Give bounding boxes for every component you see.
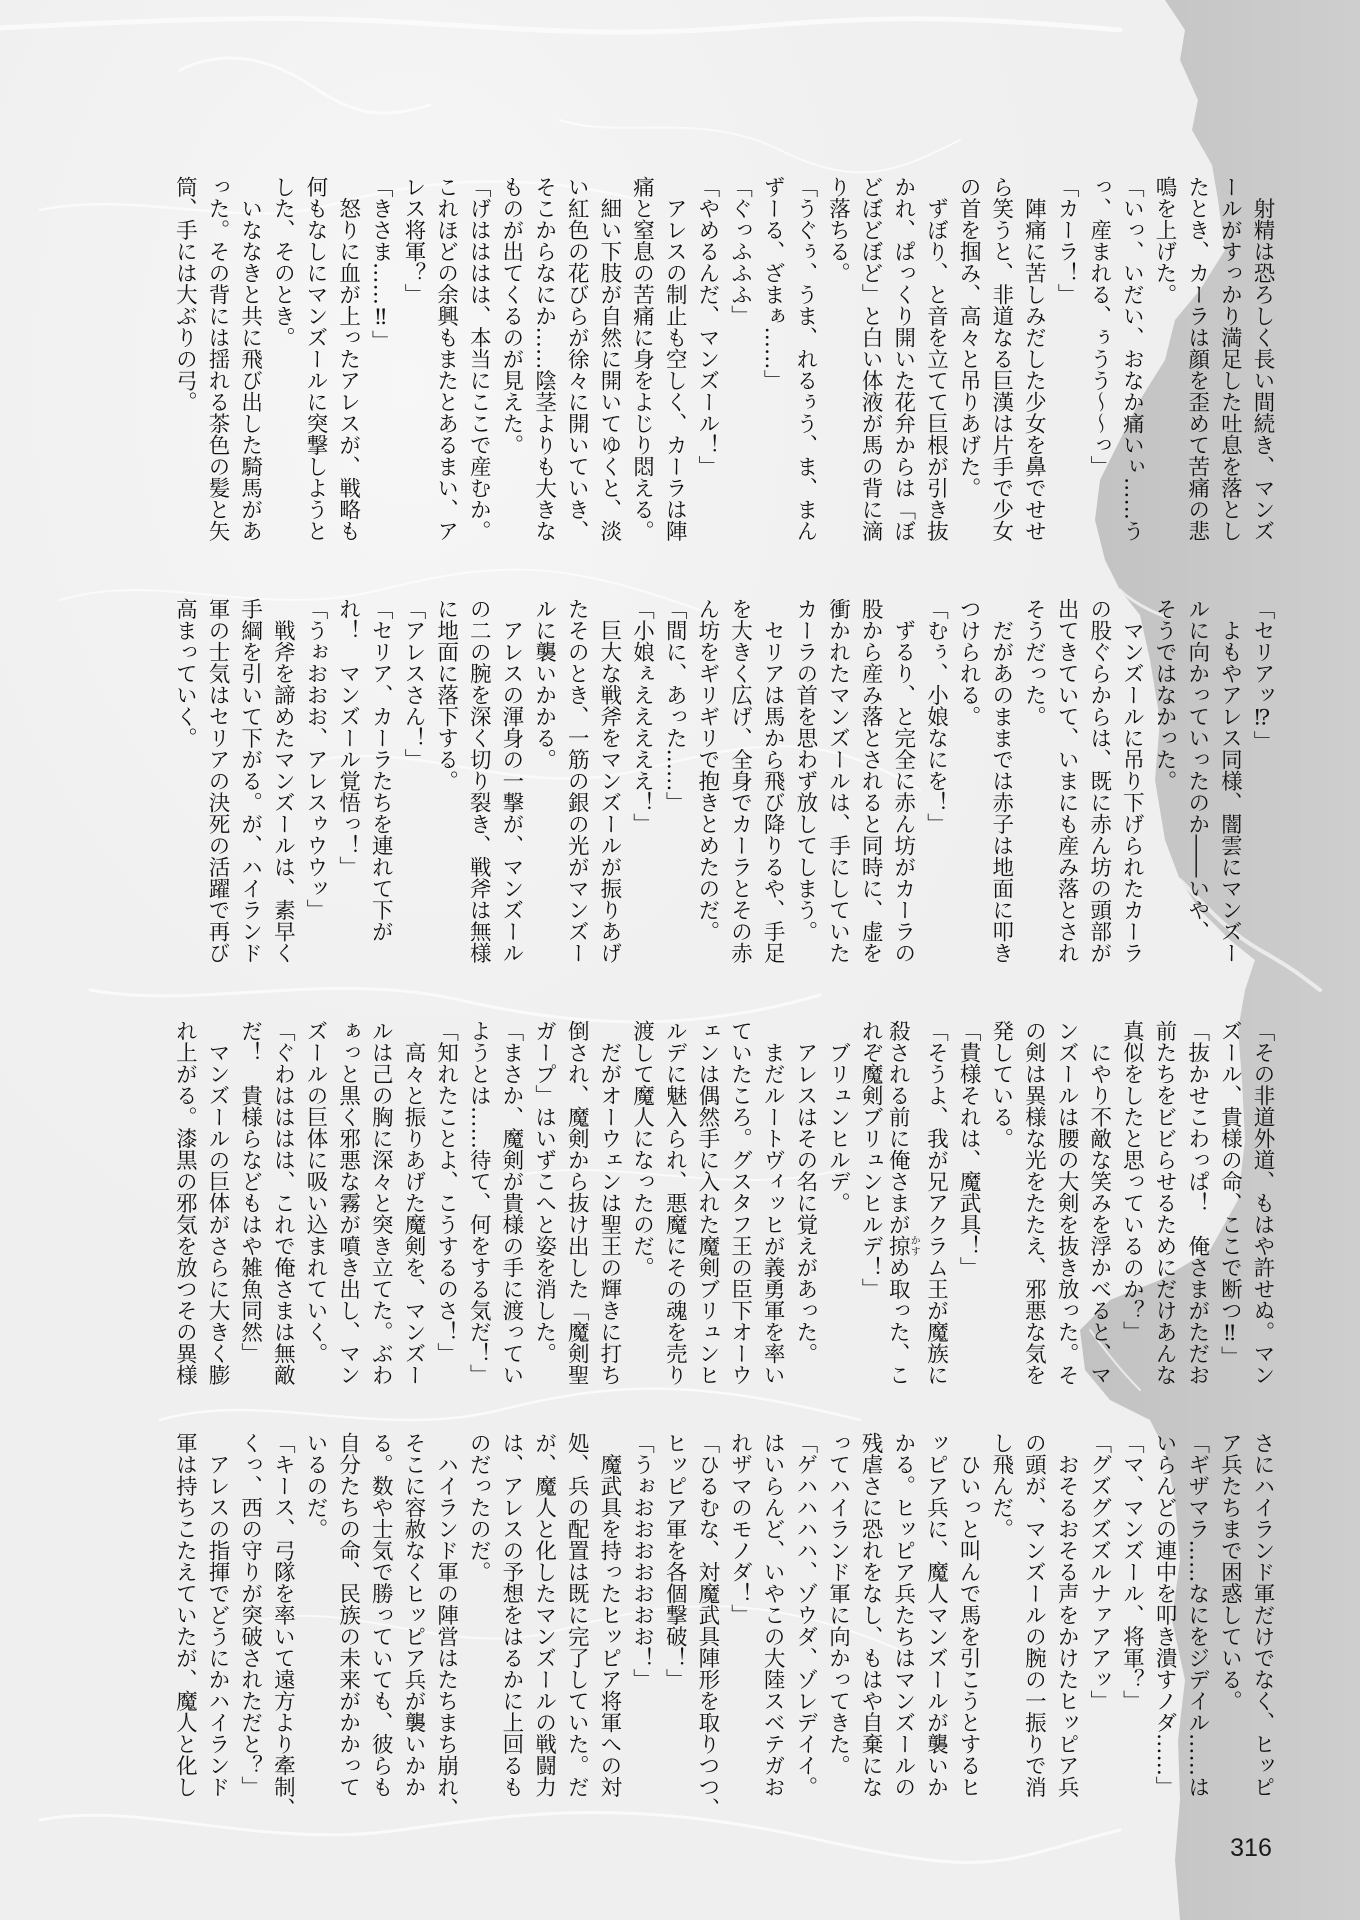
text-column: 発している。 [984,1020,1017,1386]
text-column: ん坊をギリギリで抱きとめたのだ。 [690,598,723,964]
text-column: そうだった。 [1017,598,1050,964]
text-column: ってハイランド軍に向かってきた。 [821,1432,854,1798]
text-column: アレスの渾身の一撃が、マンズール [494,598,527,964]
text-column: 「むぅ、小娘なにを！」 [919,598,952,964]
text-column: は、アレスの予想をはるかに上回るも [494,1432,527,1798]
text-tier-2: 「セリアッ⁉」 よもやアレス同様、闇雲にマンズールに向かっていったのか――いや、… [167,598,1278,964]
text-column: ハイランド軍の陣営はたちまち崩れ、 [429,1432,462,1798]
text-column: った。その背には揺れる茶色の髪と矢 [200,176,233,542]
text-column: ルは己の胸に深々と突き立てた。ぶわ [364,1020,397,1386]
text-column: かる。ヒッピア兵たちはマンズールの [886,1432,919,1798]
text-column: いらんどの連中を叩き潰すノダ……」 [1147,1432,1180,1798]
text-column: ようとは……待て、何をする気だ！」 [462,1020,495,1386]
text-column: 「そうよ、我が兄アクラム王が魔族に [919,1020,952,1386]
text-column: 「抜かせこわっぱ！ 俺さまがただお [1180,1020,1213,1386]
text-segment: 殺される前に俺さまが [885,1020,910,1235]
text-column: 高々と振りあげた魔剣を、マンズー [396,1020,429,1386]
text-column: だ！ 貴様らなどもはや雑魚同然」 [233,1020,266,1386]
text-column: ンズールは腰の大剣を抜き放った。そ [1049,1020,1082,1386]
text-column: 射精は恐ろしく長い間続き、マンズ [1245,176,1278,542]
text-column: 「まさか、魔剣が貴様の手に渡ってい [494,1020,527,1386]
text-column: アレスはその名に覚えがあった。 [788,1020,821,1386]
text-column: り落ちる。 [821,176,854,542]
text-column: ア兵たちまで困惑している。 [1213,1432,1246,1798]
text-column: 「セリアッ⁉」 [1245,598,1278,964]
text-column: 「うぉおおお、アレスゥウウッ」 [298,598,331,964]
furigana: 掠かす [885,1235,910,1257]
text-column: たとき、カーラは顔を歪めて苦痛の悲 [1180,176,1213,542]
text-column: たそのとき、一筋の銀の光がマンズー [560,598,593,964]
text-column: 「カーラ！」 [1049,176,1082,542]
text-column: ズール、貴様の命、ここで断つ‼」 [1213,1020,1246,1386]
page-number: 316 [1226,1836,1276,1861]
text-column: ひいっと叫んで馬を引こうとするヒ [951,1432,984,1798]
text-column: そうではなかった。 [1147,598,1180,964]
text-tier-1: 射精は恐ろしく長い間続き、マンズールがすっかり満足した吐息を落としたとき、カーラ… [167,176,1278,542]
text-tier-4: さにハイランド軍だけでなく、ヒッピア兵たちまで困惑している。「ギザマラ……なにを… [167,1432,1278,1798]
text-column: した、そのとき。 [266,176,299,542]
text-column: おそるおそる声をかけたヒッピア兵 [1049,1432,1082,1798]
text-column: 高まっていく。 [168,598,201,964]
text-column: 「セリア、カーラたちを連れて下が [364,598,397,964]
text-column: 「いっ、いだい、おなか痛いぃ……う [1115,176,1148,542]
text-column: れ上がる。漆黒の邪気を放つその異様 [168,1020,201,1386]
text-column: どぼどぼど」と白い体液が馬の背に滴 [853,176,886,542]
text-column: 「うぐぅ、うま、れるぅう、ま、まん [788,176,821,542]
text-column: いななきと共に飛び出した騎馬があ [233,176,266,542]
text-column: い紅色の花びらが徐々に開いていき、 [560,176,593,542]
text-column: のだったのだ。 [462,1432,495,1798]
text-column: これほどの余興もまたとあるまい、ア [429,176,462,542]
text-column: 「グズグズズルナァアアッ」 [1082,1432,1115,1798]
text-column: よもやアレス同様、闇雲にマンズー [1213,598,1246,964]
text-column: 残虐さに恐れをなし、もはや自棄にな [853,1432,886,1798]
text-column: 「ぐわはははは、これで俺さまは無敵 [266,1020,299,1386]
text-column: だがオーウェンは聖王の輝きに打ち [592,1020,625,1386]
text-column: ものが出てくるのが見えた。 [494,176,527,542]
text-column: いるのだ。 [298,1432,331,1798]
text-column: そこからなにか……陰茎よりも大きな [527,176,560,542]
text-column: 「げはははは、本当にここで産むか。 [462,176,495,542]
text-column: 「その非道外道、もはや許せぬ。マン [1245,1020,1278,1386]
text-column: 軍は持ちこたえていたが、魔人と化し [168,1432,201,1798]
text-column: 倒され、魔剣から抜け出した「魔剣聖 [560,1020,593,1386]
text-column: の頭が、マンズールの腕の一振りで消 [1017,1432,1050,1798]
text-column: まだルートヴィッヒが義勇軍を率い [756,1020,789,1386]
text-column: 「ひるむな、対魔武具陣形を取りつつ、 [690,1432,723,1798]
text-column: 「小娘ぇえええええ！」 [625,598,658,964]
text-column: 「キース、弓隊を率いて遠方より牽制、 [266,1432,299,1798]
text-tier-3: 「その非道外道、もはや許せぬ。マンズール、貴様の命、ここで断つ‼」「抜かせこわっ… [167,1020,1278,1386]
text-column: ガープ」はいずこへと姿を消した。 [527,1020,560,1386]
text-column: 股から産み落とされると同時に、虚を [853,598,886,964]
text-column: ずーる、ざまぁ……」 [756,176,789,542]
text-column: ェンは偶然手に入れた魔剣ブリュンヒ [690,1020,723,1386]
text-column: が、魔人と化したマンズールの戦闘力 [527,1432,560,1798]
text-column: 「ゲハハハハ、ゾウダ、ゾレデイイ。 [788,1432,821,1798]
text-column: ズールの巨体に吸い込まれていく。 [298,1020,331,1386]
text-column: 「マ、マンズール、将軍？」 [1115,1432,1148,1798]
text-column: 戦斧を諦めたマンズールは、素早く [266,598,299,964]
text-column: 「アレスさん！」 [396,598,429,964]
text-column: 前たちをビビらせるためにだけあんな [1147,1020,1180,1386]
text-column: 鳴を上げた。 [1147,176,1180,542]
text-column: ら笑うと、非道なる巨漢は片手で少女 [984,176,1017,542]
text-column: 「やめるんだ、マンズール！」 [690,176,723,542]
text-column: に地面に落下する。 [429,598,462,964]
text-column: カーラの首を思わず放してしまう。 [788,598,821,964]
text-column: 「きさま……‼」 [364,176,397,542]
text-column: 陣痛に苦しみだした少女を鼻でせせ [1017,176,1050,542]
text-column: 自分たちの命、民族の未来がかかって [331,1432,364,1798]
text-column: 軍の士気はセリアの決死の活躍で再び [200,598,233,964]
text-column: の剣は異様な光をたたえ、邪悪な気を [1017,1020,1050,1386]
text-column: 「貴様それは、魔武具！」 [951,1020,984,1386]
text-column: 怒りに血が上ったアレスが、戦略も [331,176,364,542]
text-column: 処、兵の配置は既に完了していた。だ [560,1432,593,1798]
text-column: はいらんど、いやこの大陸スベテガお [756,1432,789,1798]
text-column: ルに向かっていったのか――いや、 [1180,598,1213,964]
text-column: 「ギザマラ……なにをジデイル……は [1180,1432,1213,1798]
text-column: 衝かれたマンズールは、手にしていた [821,598,854,964]
text-column: ていたころ。グスタフ王の臣下オーウ [723,1020,756,1386]
text-column: 痛と窒息の苦痛に身をよじり悶える。 [625,176,658,542]
text-column: ぁっと黒く邪悪な霧が噴き出し、マン [331,1020,364,1386]
text-column: 「間に、あった……」 [658,598,691,964]
text-column: れ！ マンズール覚悟っ！」 [331,598,364,964]
text-column: っ、産まれる、ぅうう～～っ」 [1082,176,1115,542]
text-column: 巨大な戦斧をマンズールが振りあげ [592,598,625,964]
text-column: 「知れたことよ、こうするのさ！」 [429,1020,462,1386]
text-column: つけられる。 [951,598,984,964]
text-column: る。数や士気で勝っていても、彼らも [364,1432,397,1798]
text-column: 渡して魔人になったのだ。 [625,1020,658,1386]
text-column: レス将軍？」 [396,176,429,542]
text-column: セリアは馬から飛び降りるや、手足 [756,598,789,964]
text-column: し飛んだ。 [984,1432,1017,1798]
text-column: アレスの制止も空しく、カーラは陣 [658,176,691,542]
text-column: アレスの指揮でどうにかハイランド [200,1432,233,1798]
text-column: ずぼり、と音を立てて巨根が引き抜 [919,176,952,542]
text-column: 細い下肢が自然に開いてゆくと、淡 [592,176,625,542]
text-segment: め取った、こ [885,1257,910,1386]
text-column: ルに襲いかかる。 [527,598,560,964]
text-column: れザマのモノダ！」 [723,1432,756,1798]
text-column: 「うぉおおおおおおお！」 [625,1432,658,1798]
text-column: 魔武具を持ったヒッピア将軍への対 [592,1432,625,1798]
text-column: ずるり、と完全に赤ん坊がカーラの [886,598,919,964]
text-column: さにハイランド軍だけでなく、ヒッピ [1245,1432,1278,1798]
text-column: の股ぐらからは、既に赤ん坊の頭部が [1082,598,1115,964]
text-column: の首を掴み、高々と吊りあげた。 [951,176,984,542]
text-column: ッピア兵に、魔人マンズールが襲いか [919,1432,952,1798]
text-column: ールがすっかり満足した吐息を落とし [1213,176,1246,542]
text-column: マンズールの巨体がさらに大きく膨 [200,1020,233,1386]
text-column: だがあのままでは赤子は地面に叩き [984,598,1017,964]
text-column: 真似をしたと思っているのか？」 [1115,1020,1148,1386]
text-column: そこに容赦なくヒッピア兵が襲いかか [396,1432,429,1798]
text-column: 殺される前に俺さまが掠かすめ取った、こ [886,1020,919,1386]
text-column: の二の腕を深く切り裂き、戦斧は無様 [462,598,495,964]
text-column: にやり不敵な笑みを浮かべると、マ [1082,1020,1115,1386]
text-column: 「ぐっふふふ」 [723,176,756,542]
furigana-reading: かす [908,1235,919,1257]
text-column: ブリュンヒルデ。 [821,1020,854,1386]
text-column: 筒、手には大ぶりの弓。 [168,176,201,542]
text-column: 何もなしにマンズールに突撃しようと [298,176,331,542]
text-column: 手綱を引いて下がる。が、ハイランド [233,598,266,964]
text-column: マンズールに吊り下げられたカーラ [1115,598,1148,964]
text-column: 出てきていて、いまにも産み落とされ [1049,598,1082,964]
text-column: くっ、西の守りが突破されただと？」 [233,1432,266,1798]
text-column: かれ、ぱっくり開いた花弁からは「ぼ [886,176,919,542]
text-column: ルデに魅入られ、悪魔にその魂を売り [658,1020,691,1386]
text-column: を大きく広げ、全身でカーラとその赤 [723,598,756,964]
text-column: ヒッピア軍を各個撃破！」 [658,1432,691,1798]
furigana-base: 掠 [885,1235,910,1257]
